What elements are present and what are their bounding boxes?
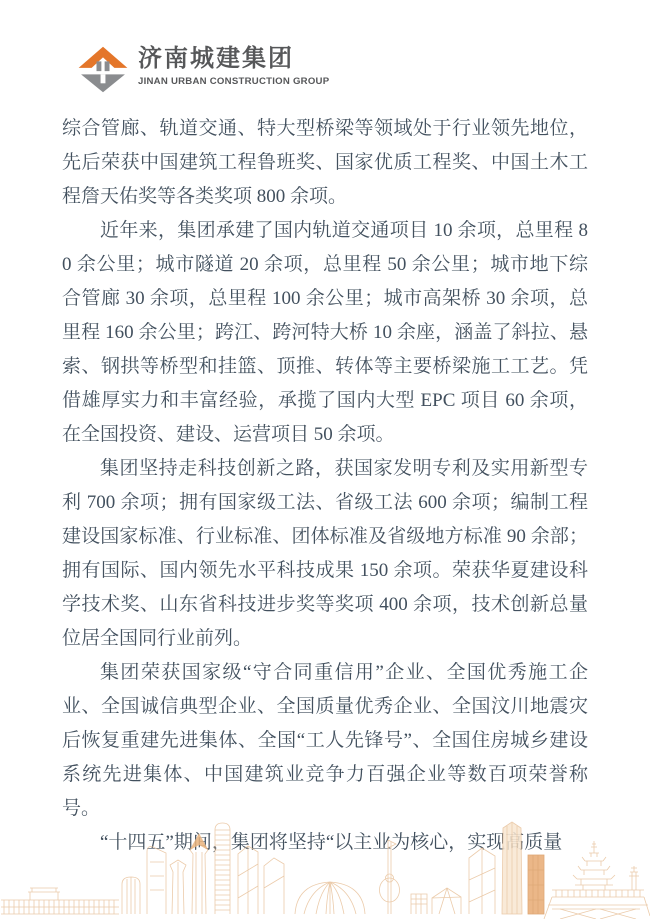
paragraph-2: 近年来，集团承建了国内轨道交通项目 10 余项，总里程 80 余公里；城市隧道 … <box>62 214 588 452</box>
paragraph-1: 综合管廊、轨道交通、特大型桥梁等领域处于行业领先地位，先后荣获中国建筑工程鲁班奖… <box>62 112 588 214</box>
paragraph-4: 集团荣获国家级“守合同重信用”企业、全国优秀施工企业、全国诚信典型企业、全国质量… <box>62 656 588 826</box>
paragraph-3: 集团坚持走科技创新之路，获国家发明专利及实用新型专利 700 余项；拥有国家级工… <box>62 452 588 656</box>
paragraph-5: “十四五”期间，集团将坚持“以主业为核心，实现高质量 <box>62 826 588 860</box>
company-logo-text: 济南城建集团 JINAN URBAN CONSTRUCTION GROUP <box>138 41 329 88</box>
company-logo-icon <box>77 41 129 98</box>
document-page: 济南城建集团 JINAN URBAN CONSTRUCTION GROUP 综合… <box>0 0 650 919</box>
company-logo: 济南城建集团 JINAN URBAN CONSTRUCTION GROUP <box>77 41 329 98</box>
body-text: 综合管廊、轨道交通、特大型桥梁等领域处于行业领先地位，先后荣获中国建筑工程鲁班奖… <box>62 112 588 860</box>
company-name-cn: 济南城建集团 <box>138 45 329 73</box>
company-name-en: JINAN URBAN CONSTRUCTION GROUP <box>138 76 329 88</box>
